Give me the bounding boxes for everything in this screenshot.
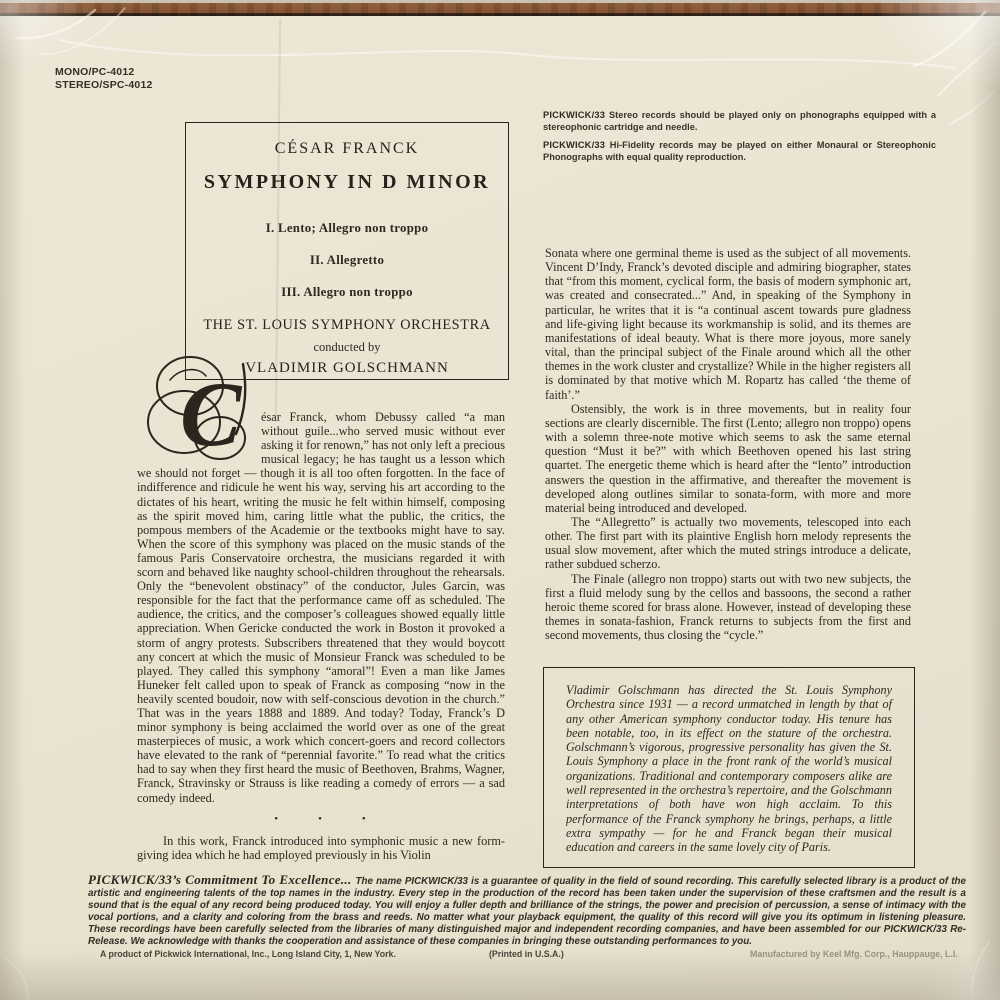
commitment-paragraph: PICKWICK/33’s Commitment To Excellence..… [88,874,966,948]
composer-name: CÉSAR FRANCK [186,140,508,158]
playback-notes: PICKWICK/33 Stereo records should be pla… [543,110,936,170]
liner-notes-paragraph: Ostensibly, the work is in three movemen… [545,402,911,515]
liner-notes-left-column: ésar Franck, whom Debussy called “a man … [137,410,505,862]
conductor-bio-box: Vladimir Golschmann has directed the St.… [543,667,915,868]
section-separator: • • • [137,812,505,826]
footer: A product of Pickwick International, Inc… [0,949,1000,963]
footer-printed-line: (Printed in U.S.A.) [489,949,564,959]
title-box: CÉSAR FRANCK SYMPHONY IN D MINOR I. Lent… [185,122,509,380]
liner-notes-paragraph: The “Allegretto” is actually two movemen… [545,515,911,572]
movement-item: I. Lento; Allegro non troppo [186,221,508,236]
brand-label: PICKWICK/33 [543,110,605,120]
album-back-cover: MONO/PC-4012 STEREO/SPC-4012 CÉSAR FRANC… [0,0,1000,1000]
liner-notes-right-column: Sonata where one germinal theme is used … [545,246,911,642]
playback-note: PICKWICK/33 Stereo records should be pla… [543,110,936,133]
orchestra-name: THE ST. LOUIS SYMPHONY ORCHESTRA [186,317,508,334]
commitment-lead: PICKWICK/33’s Commitment To Excellence..… [88,872,356,887]
catalog-number-stereo: STEREO/SPC-4012 [55,79,153,92]
movement-item: II. Allegretto [186,253,508,268]
movement-item: III. Allegro non troppo [186,285,508,300]
catalog-number-mono: MONO/PC-4012 [55,66,153,79]
album-title: SYMPHONY IN D MINOR [186,171,508,194]
liner-notes-paragraph: In this work, Franck introduced into sym… [137,834,505,862]
liner-notes-paragraph: Sonata where one germinal theme is used … [545,246,911,402]
playback-note: PICKWICK/33 Hi-Fidelity records may be p… [543,140,936,163]
liner-notes-paragraph: The Finale (allegro non troppo) starts o… [545,572,911,643]
conductor-bio-text: Vladimir Golschmann has directed the St.… [566,683,892,855]
movement-list: I. Lento; Allegro non troppo II. Allegre… [186,221,508,300]
footer-manufacturer-line: Manufactured by Keel Mfg. Corp., Hauppau… [750,949,958,959]
jacket-top-edge-texture [0,3,1000,16]
catalog-numbers: MONO/PC-4012 STEREO/SPC-4012 [55,66,153,92]
drop-cap-spacer [137,410,261,456]
brand-label: PICKWICK/33 [543,140,605,150]
footer-product-line: A product of Pickwick International, Inc… [100,949,396,959]
liner-notes-paragraph: ésar Franck, whom Debussy called “a man … [137,410,505,805]
